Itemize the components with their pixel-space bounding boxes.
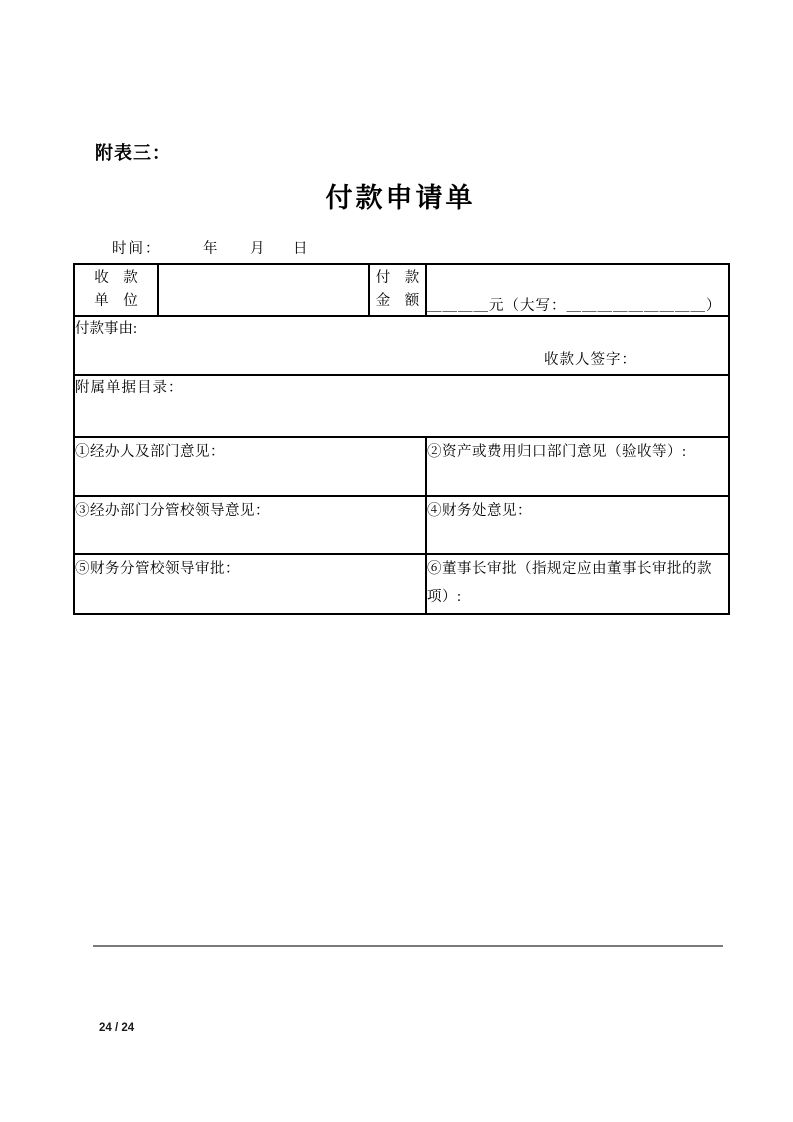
opinion-cell-chairman: ⑥董事长审批（指规定应由董事长审批的款项）: [426, 554, 729, 614]
time-month-label: 月 [250, 237, 265, 258]
payment-request-form-table: 收 款 单 位 付 款 金 额 ＿＿＿＿元（大写：＿＿＿＿＿＿＿＿＿） 付款事由… [73, 263, 730, 615]
opinion-cell-asset-department: ②资产或费用归口部门意见（验收等）: [426, 437, 729, 496]
opinion-cell-finance-leader: ⑤财务分管校领导审批： [74, 554, 426, 614]
payee-signature-label: 收款人签字： [544, 348, 637, 369]
time-label: 时间： [112, 237, 162, 258]
attached-documents-cell: 附属单据目录： [74, 375, 729, 437]
opinion-cell-school-leader: ③经办部门分管校领导意见： [74, 496, 426, 554]
payee-unit-label-line1: 收 款 [75, 267, 157, 290]
payee-unit-label-line2: 单 位 [75, 290, 157, 313]
time-year-label: 年 [203, 237, 218, 258]
payment-amount-label-line1: 付 款 [370, 267, 425, 290]
appendix-label: 附表三： [95, 139, 171, 165]
time-line: 时间： 年 月 日 [0, 237, 793, 259]
time-day-label: 日 [293, 237, 308, 258]
footer-divider-rule [93, 945, 723, 947]
payee-unit-label-cell: 收 款 单 位 [74, 264, 158, 316]
page-title: 付款申请单 [73, 176, 728, 215]
payment-reason-cell: 付款事由: 收款人签字： [74, 316, 729, 375]
payment-amount-label-cell: 付 款 金 额 [369, 264, 426, 316]
payment-amount-label-line2: 金 额 [370, 290, 425, 313]
payee-unit-value-cell [158, 264, 369, 316]
page-number: 24 / 24 [99, 1022, 134, 1034]
payment-reason-label: 付款事由: [75, 321, 137, 337]
opinion-cell-handler: ①经办人及部门意见： [74, 437, 426, 496]
opinion-cell-finance-office: ④财务处意见： [426, 496, 729, 554]
payment-amount-value-cell: ＿＿＿＿元（大写：＿＿＿＿＿＿＿＿＿） [426, 264, 729, 316]
